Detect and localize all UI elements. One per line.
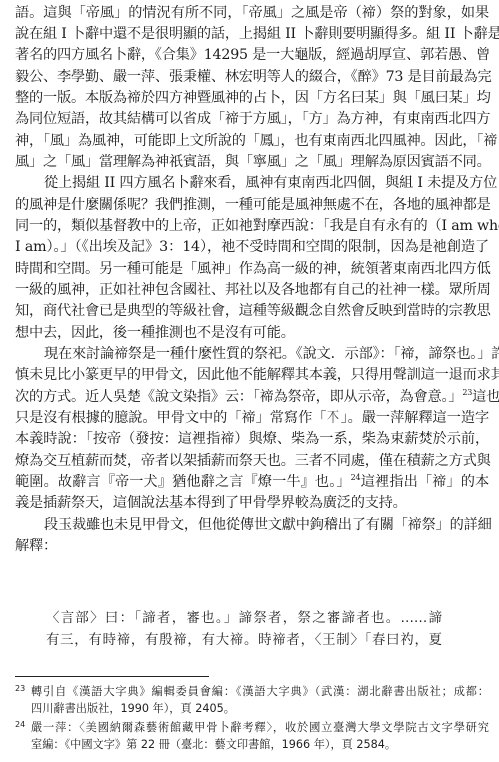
- footnote-text: 嚴一萍：〈美國納爾森藝術館藏甲骨卜辭考釋〉，收於國立臺灣大學文學院古文字學研究: [31, 719, 489, 736]
- body-line: 著名的四方風名卜辭，《合集》14295 是一大龜版，經過胡厚宣、郭若愚、曾: [15, 45, 489, 66]
- body-line: 同一的，類似基督教中的上帝，正如祂對摩西說：「我是自有永有的（I am who: [15, 216, 489, 237]
- quote-line: 〈言部〉曰：「諦者，審也。」諦祭者，祭之審諦者也。……諦: [46, 608, 442, 629]
- footnote-divider: [15, 676, 209, 677]
- body-line: I am）。」（《出埃及記》3：14），祂不受時間和空間的限制，因為是祂創造了: [15, 237, 489, 258]
- paragraph-start-line: 從上揭組 II 四方風名卜辭來看，風神有東南西北四個，與組 I 未提及方位: [15, 173, 489, 194]
- body-line: 範圍。故辭言『帝一犬』猶他辭之言『燎一牛』也。」24這裡指出「禘」的本: [15, 472, 489, 493]
- footnote-text: 四川辭書出版社，1990 年），頁 2405。: [31, 700, 489, 717]
- body-line: 解釋：: [15, 536, 489, 557]
- body-line: 整的一版。本版為禘於四方神暨風神的占卜，因「方名曰某」與「風曰某」均: [15, 88, 489, 109]
- body-line: 燎為交互植薪而焚，帝者以架插薪而祭天也。三者不同處，僅在積薪之方式與: [15, 451, 489, 472]
- oracle-bone-di-glyph: 𣎴: [327, 408, 339, 429]
- body-line: 說在組 I 卜辭中還不是很明顯的話，上揭組 II 卜辭則要明顯得多。組 II 卜…: [15, 24, 489, 45]
- body-line: 神，「風」為風神，可能即上文所說的「鳳」，也有東南西北四風神。因此，「禘: [15, 131, 489, 152]
- body-line: 義是插薪祭天，這個說法基本得到了甲骨學界較為廣泛的支持。: [15, 493, 489, 514]
- body-line: 毅公、李學勤、嚴一萍、張秉權、林宏明等人的綴合，《醉》73 是目前最為完: [15, 67, 489, 88]
- body-line: 想中去，因此，後一種推測也不是沒有可能。: [15, 323, 489, 344]
- body-line: 只是沒有根據的臆說。甲骨文中的「禘」常寫作「𣎴」。嚴一萍解釋這一造字: [15, 408, 489, 429]
- quote-line: 有三，有時禘，有殷禘，有大禘。時禘者，〈王制〉「春曰礿，夏: [46, 630, 442, 651]
- body-line: 為同位短語，故其結構可以省成「禘于方風」，「方」為方神，有東南西北四方: [15, 109, 489, 130]
- body-line: 一級的風神，正如社神包含國社、邦社以及各地都有自己的社神一樣。眾所周: [15, 280, 489, 301]
- body-line: 的風神是什麼關係呢？我們推測，一種可能是風神無處不在，各地的風神都是: [15, 195, 489, 216]
- footnote-number: 23: [15, 680, 25, 697]
- body-line: 風」之「風」當理解為神祇賓語，與「寧風」之「風」理解為原因賓語不同。: [15, 152, 489, 173]
- body-line: 知，商代社會已是典型的等級社會，這種等級觀念自然會反映到當時的宗教思: [15, 301, 489, 322]
- footnote-ref-24[interactable]: 24: [351, 473, 361, 482]
- body-line: 次的方式。近人吳楚《說文染指》云：「禘為祭帝，即从示帝，為會意。」23這也: [15, 387, 489, 408]
- body-line: 本義時說：「按帝（發按：這裡指禘）與燎、柴為一系，柴為束薪焚於示前，: [15, 429, 489, 450]
- paragraph-start-line: 現在來討論禘祭是一種什麼性質的祭祀。《說文．示部》：「禘，諦祭也。」許: [15, 344, 489, 365]
- body-line: 慎未見比小篆更早的甲骨文，因此他不能解釋其本義，只得用聲訓這一退而求其: [15, 365, 489, 386]
- footnote-text: 轉引自《漢語大字典》編輯委員會編：《漢語大字典》（武漢：湖北辭書出版社；成都：: [31, 683, 489, 700]
- paragraph-start-line: 段玉裁雖也未見甲骨文，但他從傳世文獻中鉤稽出了有關「禘祭」的詳細: [15, 515, 489, 536]
- body-line: 時間和空間。另一種可能是「風神」作為高一級的神，統領著東南西北四方低: [15, 259, 489, 280]
- footnote-text: 室編：《中國文字》第 22 冊（臺北：藝文印書館，1966 年），頁 2584。: [31, 736, 489, 753]
- body-line: 語。這與「帝風」的情況有所不同，「帝風」之風是帝（禘）祭的對象，如果: [15, 3, 489, 24]
- footnote-ref-23[interactable]: 23: [462, 388, 472, 397]
- footnote-number: 24: [15, 716, 25, 733]
